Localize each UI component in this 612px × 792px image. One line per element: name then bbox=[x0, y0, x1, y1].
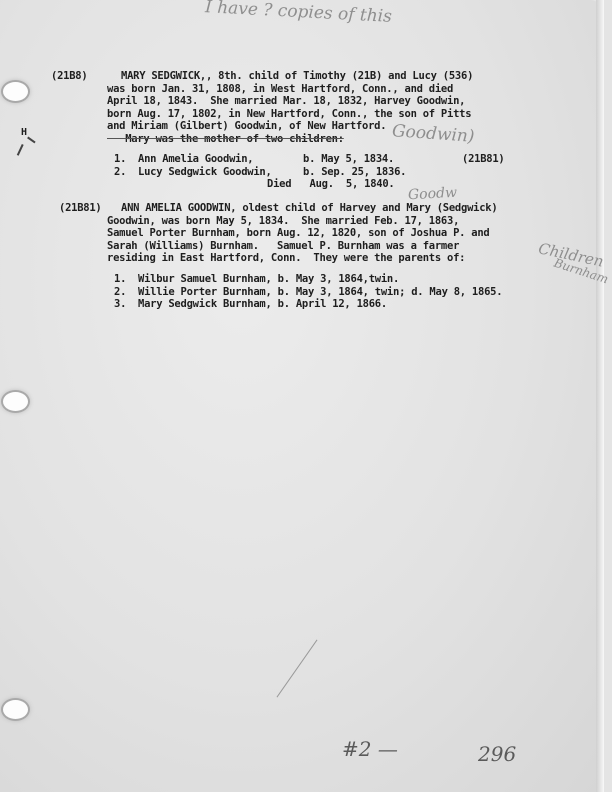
entry-line: born Aug. 17, 1802, in New Hartford, Con… bbox=[107, 108, 471, 121]
child-record: Willie Porter Burnham, b. May 3, 1864, t… bbox=[138, 286, 502, 299]
entry-line: was born Jan. 31, 1808, in West Hartford… bbox=[107, 83, 453, 96]
page-number: 296 bbox=[478, 742, 516, 766]
child-name: Lucy Sedgwick Goodwin, bbox=[138, 166, 272, 179]
child-record: Mary Sedgwick Burnham, b. April 12, 1866… bbox=[138, 298, 387, 311]
entry-line: Mary was the mother of two children: bbox=[107, 133, 344, 146]
child-birth: b. May 5, 1834. bbox=[303, 153, 394, 166]
child-ref: (21B81) bbox=[462, 153, 505, 166]
entry-line: ANN AMELIA GOODWIN, oldest child of Harv… bbox=[121, 202, 497, 215]
entry-line: Samuel Porter Burnham, born Aug. 12, 182… bbox=[107, 227, 490, 240]
handwritten-header-note: I have ? copies of this bbox=[205, 0, 393, 27]
child-birth: b. Sep. 25, 1836. bbox=[303, 166, 406, 179]
entry-id: (21B81) bbox=[59, 202, 102, 215]
child-number: 3. bbox=[114, 298, 126, 311]
entry-line: and Miriam (Gilbert) Goodwin, of New Har… bbox=[107, 120, 386, 133]
child-death: Died Aug. 5, 1840. bbox=[267, 178, 395, 191]
entry-line: Goodwin, was born May 5, 1834. She marri… bbox=[107, 215, 459, 228]
child-name: Ann Amelia Goodwin, bbox=[138, 153, 253, 166]
child-number: 1. bbox=[114, 153, 126, 166]
entry-line: Sarah (Williams) Burnham. Samuel P. Burn… bbox=[107, 240, 459, 253]
document-page: I have ? copies of this H (21B8) MARY SE… bbox=[0, 0, 604, 792]
entry-line: April 18, 1843. She married Mar. 18, 183… bbox=[107, 95, 465, 108]
margin-mark: H bbox=[21, 127, 27, 140]
margin-tick bbox=[17, 144, 23, 156]
pencil-mark bbox=[277, 640, 318, 698]
margin-tick bbox=[27, 137, 35, 143]
child-number: 2. bbox=[114, 166, 126, 179]
punch-hole bbox=[3, 700, 28, 719]
handwritten-annotation: Goodw bbox=[408, 185, 458, 204]
child-number: 2. bbox=[114, 286, 126, 299]
sheet-number: #2 — bbox=[342, 737, 398, 761]
child-record: Wilbur Samuel Burnham, b. May 3, 1864,tw… bbox=[138, 273, 399, 286]
entry-line: residing in East Hartford, Conn. They we… bbox=[107, 252, 465, 265]
handwritten-annotation: Goodwin) bbox=[391, 121, 475, 147]
page-edge bbox=[596, 0, 604, 792]
punch-hole bbox=[3, 82, 28, 101]
entry-id: (21B8) bbox=[51, 70, 87, 83]
child-number: 1. bbox=[114, 273, 126, 286]
punch-hole bbox=[3, 392, 28, 411]
entry-line: MARY SEDGWICK,, 8th. child of Timothy (2… bbox=[121, 70, 473, 83]
